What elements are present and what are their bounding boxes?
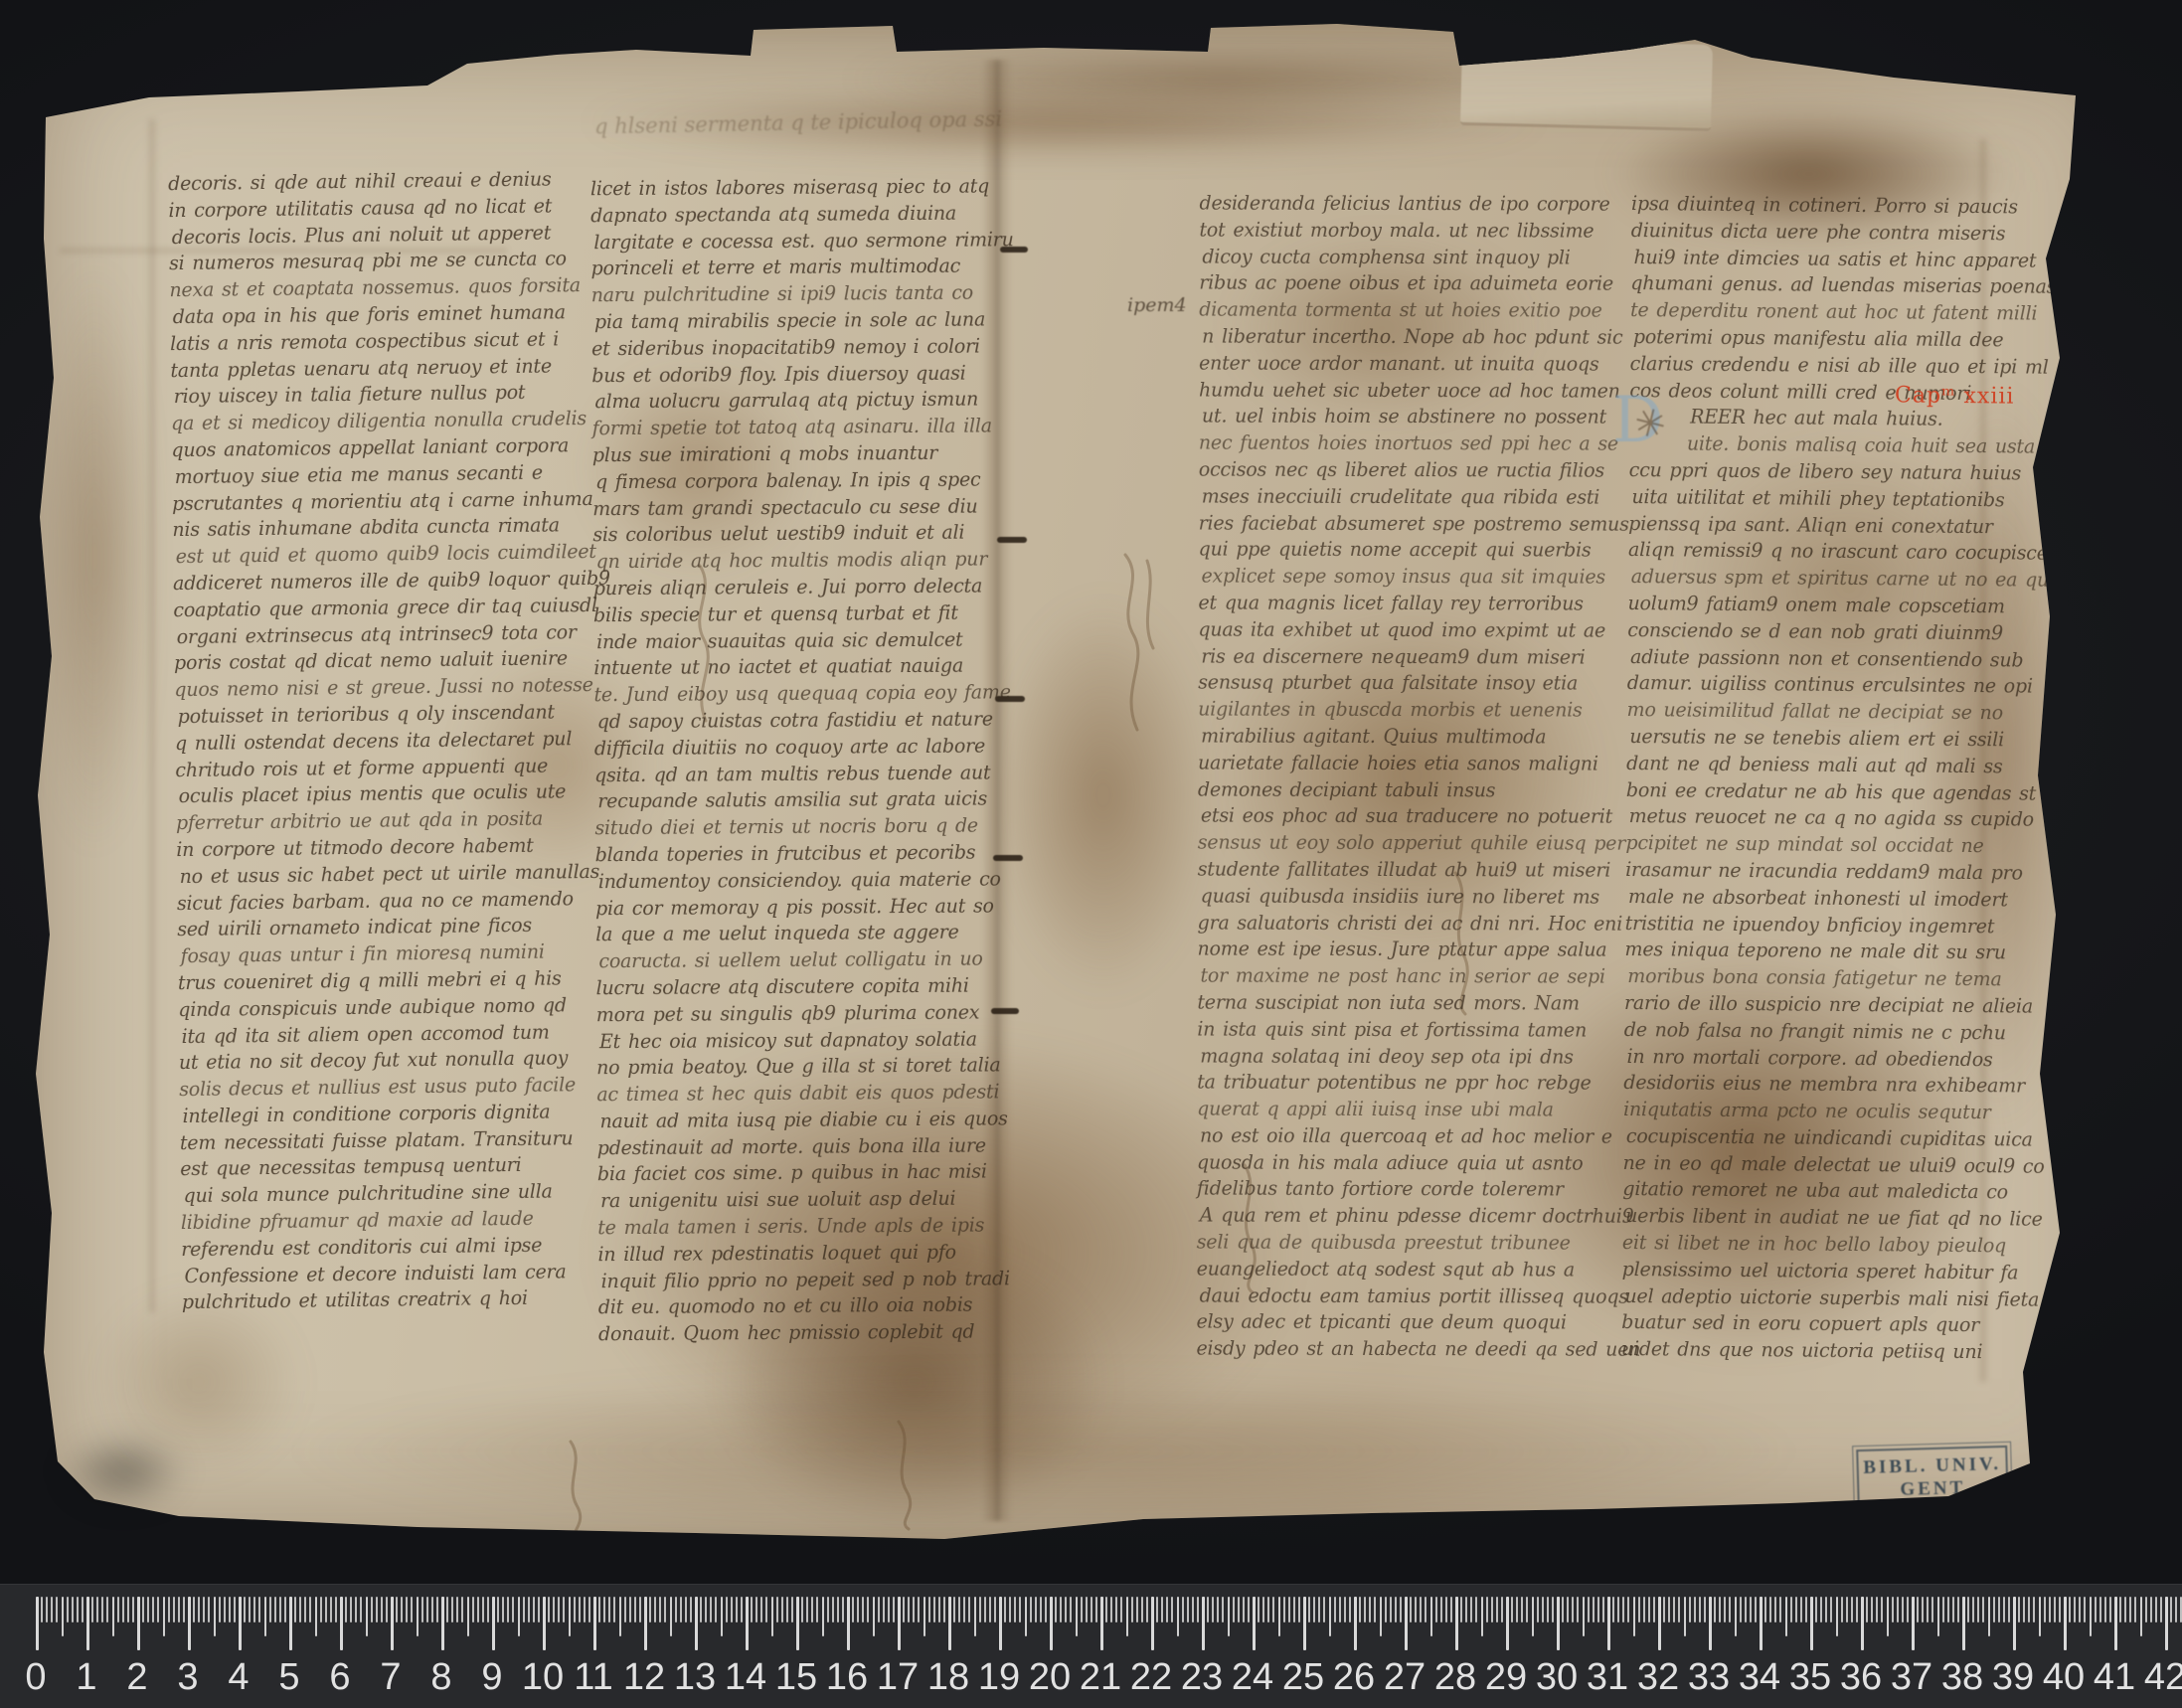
parchment-bifolium: q hlseni sermenta q te ipiculoq opa ssi … <box>0 0 2182 1571</box>
ruler-scale: 0123456789101112131415161718192021222324… <box>0 1584 2182 1708</box>
parchment-edge-shading <box>0 0 2182 1571</box>
manuscript-photo: q hlseni sermenta q te ipiculoq opa ssi … <box>0 0 2182 1708</box>
